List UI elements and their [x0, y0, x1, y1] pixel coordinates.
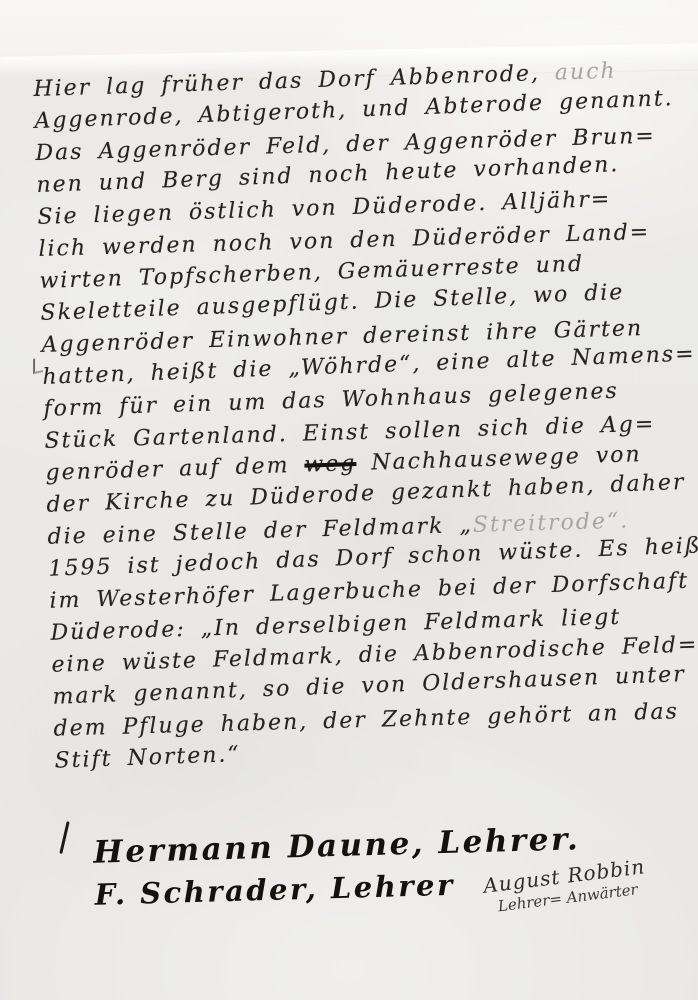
signer-name: Hermann Daune, — [93, 826, 426, 871]
line-text: genröder auf dem — [45, 453, 305, 486]
signature-daune: Hermann Daune, Lehrer. — [93, 821, 581, 871]
line-text: Stift Norten.“ — [54, 742, 241, 774]
signer-title: Lehrer — [330, 868, 455, 905]
struck-word: weg — [304, 451, 357, 478]
stray-pen-stroke — [59, 821, 69, 854]
faint-word: auch — [554, 59, 617, 86]
scanned-letter-page: Hier lag früher das Dorf Abbenrode, auch… — [0, 0, 698, 1000]
signer-name: F. Schrader, — [94, 872, 318, 912]
signer-title: Lehrer. — [438, 821, 581, 861]
letter-body: Hier lag früher das Dorf Abbenrode, auch… — [33, 53, 698, 777]
